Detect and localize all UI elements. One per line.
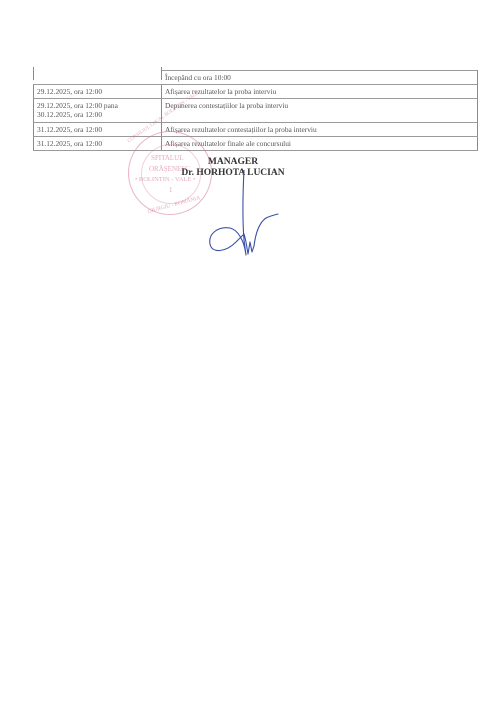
activity-cell: Afișarea rezultatelor la proba interviu (162, 85, 478, 98)
date-cell: 29.12.2025, ora 12:00 (33, 85, 162, 98)
table-row: 29.12.2025, ora 12:00 pana 30.12.2025, o… (33, 99, 478, 123)
date-cell (33, 67, 162, 80)
stamp-line4: 1 (169, 186, 173, 194)
activity-cell: Afișarea rezultatelor contestațiilor la … (162, 123, 478, 136)
activity-cell: Afișarea rezultatelor finale ale concurs… (162, 137, 478, 150)
table-row: Începând cu ora 10:00 (33, 67, 478, 85)
table-row: 31.12.2025, ora 12:00 Afișarea rezultate… (33, 123, 478, 137)
date-cell: 29.12.2025, ora 12:00 pana 30.12.2025, o… (33, 99, 162, 122)
activity-cell: Depunerea contestațiilor la proba interv… (162, 99, 478, 122)
signatory-role: MANAGER (0, 157, 481, 167)
schedule-table: Începând cu ora 10:00 29.12.2025, ora 12… (33, 67, 478, 151)
activity-cell: Începând cu ora 10:00 (162, 70, 478, 84)
handwritten-signature (200, 170, 280, 265)
table-row: 31.12.2025, ora 12:00 Afișarea rezultate… (33, 137, 478, 151)
table-row: 29.12.2025, ora 12:00 Afișarea rezultate… (33, 85, 478, 99)
